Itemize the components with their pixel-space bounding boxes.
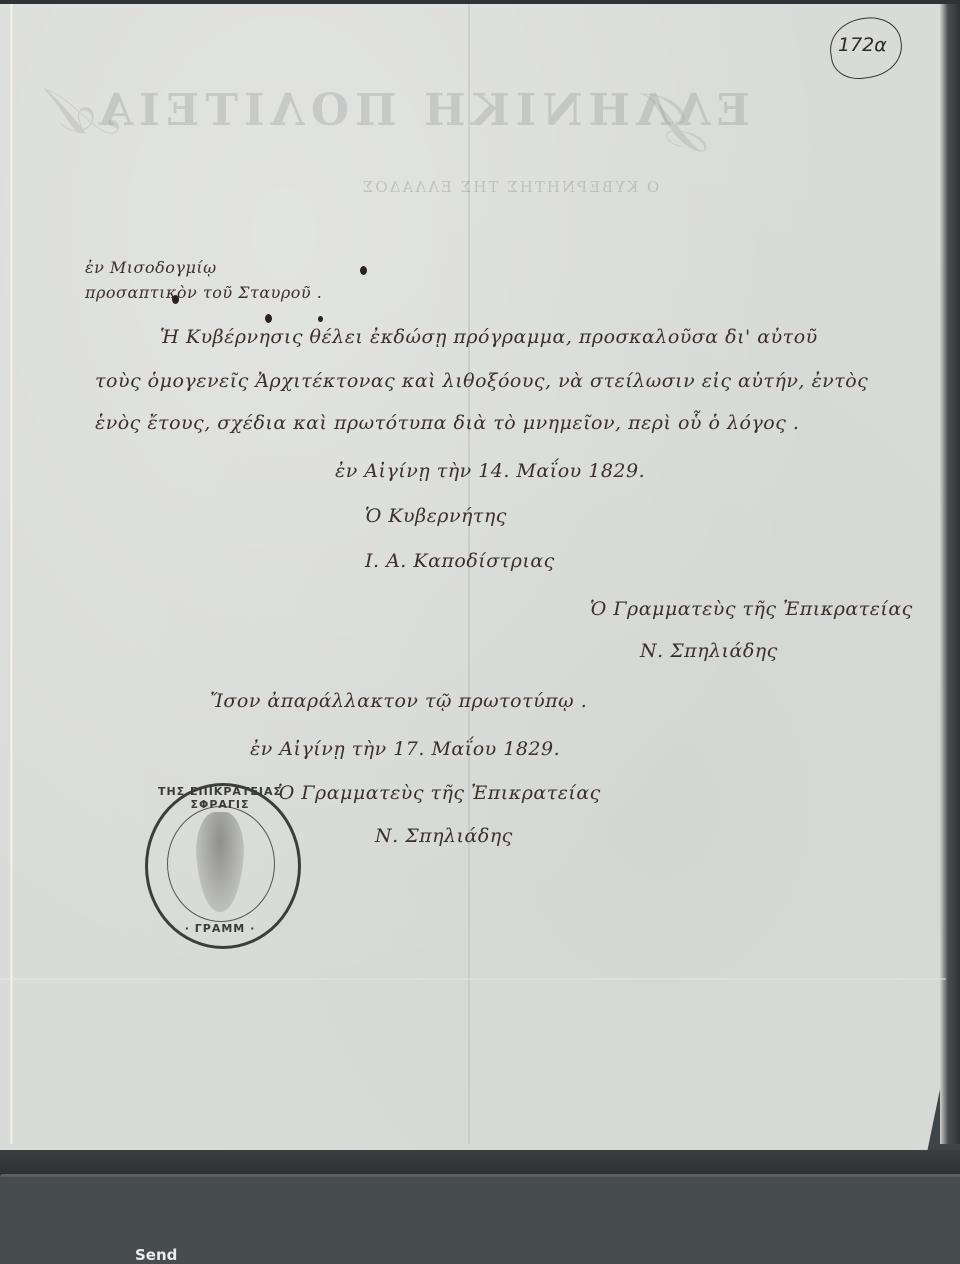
addressee-line-2: προσαπτικὸν τοῦ Σταυροῦ . — [85, 283, 322, 302]
vertical-fold-line — [468, 4, 470, 1144]
date-line: ἐν Αἰγίνῃ τὴν 14. Μαΐου 1829. — [335, 460, 645, 482]
certification-statement: Ἴσον ἀπαράλλακτον τῷ πρωτοτύπῳ . — [210, 690, 587, 712]
send-button[interactable]: Send — [135, 1246, 177, 1264]
certification-date-line: ἐν Αἰγίνῃ τὴν 17. Μαΐου 1829. — [250, 738, 560, 760]
scanner-bezel — [0, 1150, 960, 1176]
certification-secretary-name: Ν. Σπηλιάδης — [375, 825, 513, 847]
seal-legend-bottom: · ΓΡΑΜΜ · — [150, 922, 290, 935]
folio-number: 172α — [838, 34, 887, 56]
body-line-3: ἑνὸς ἔτους, σχέδια καὶ πρωτότυπα διὰ τὸ … — [95, 412, 799, 434]
body-line-1: Ἡ Κυβέρνησις θέλει ἐκδώσῃ πρόγραμμα, προ… — [160, 326, 818, 348]
ink-blot — [318, 316, 323, 322]
signatory-title: Ὁ Κυβερνήτης — [365, 505, 507, 527]
letterhead-title-showthrough: ΕΛΛΗΝΙΚΗ ΠΟΛΙΤΕΙΑ — [230, 85, 750, 136]
letterhead-subtitle-showthrough: Ο ΚΥΒΕΡΝΗΤΗΣ ΤΗΣ ΕΛΛΑΔΟΣ — [330, 178, 690, 196]
ink-blot — [360, 266, 367, 275]
paper-right-edge — [940, 4, 960, 1144]
seal-figure-icon — [196, 812, 244, 912]
signatory-name: Ι. Α. Καποδίστριας — [365, 550, 555, 572]
secretary-title: Ὁ Γραμματεὺς τῆς Ἐπικρατείας — [590, 598, 913, 620]
certification-secretary-title: Ὁ Γραμματεὺς τῆς Ἐπικρατείας — [278, 782, 601, 804]
ink-blot — [265, 314, 272, 323]
paper-left-edge — [10, 4, 13, 1144]
horizontal-crease — [0, 978, 946, 980]
secretary-name: Ν. Σπηλιάδης — [640, 640, 778, 662]
addressee-line-1: ἐν Μισοδογμίῳ — [85, 258, 217, 277]
seal-legend-top: ΤΗΣ ΕΠΙΚΡΑΤΕΙΑΣ ΣΦΡΑΓΙΣ — [150, 785, 290, 811]
ink-blot — [172, 295, 179, 304]
body-line-2: τοὺς ὁμογενεῖς Ἀρχιτέκτονας καὶ λιθοξόου… — [95, 370, 868, 392]
